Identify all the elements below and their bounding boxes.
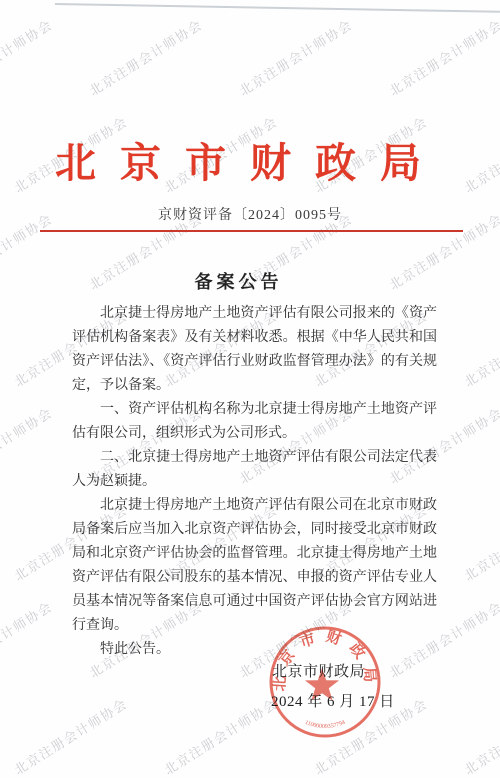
watermark-text: 北京注册会计师协会 xyxy=(385,14,500,99)
watermark-text: 北京注册会计师协会 xyxy=(10,693,131,778)
announcement-body: 北京捷士得房地产土地资产评估有限公司报来的《资产评估机构备案表》及有关材料收悉。… xyxy=(72,302,437,662)
watermark-text: 北京注册会计师协会 xyxy=(0,14,56,99)
announcement-title: 备案公告 xyxy=(56,268,421,294)
watermark-text: 北京注册会计师协会 xyxy=(0,596,56,681)
watermark-text: 北京注册会计师协会 xyxy=(310,0,431,3)
watermark-text: 北京注册会计师协会 xyxy=(460,499,500,584)
watermark-text: 北京注册会计师协会 xyxy=(460,305,500,390)
watermark-text: 北京注册会计师协会 xyxy=(460,693,500,778)
seal-serial-number: 11000009357794 xyxy=(304,720,346,730)
paragraph-item-two: 二、北京捷士得房地产土地资产评估有限公司法定代表人为赵颖捷。 xyxy=(72,446,437,494)
watermark-text: 北京注册会计师协会 xyxy=(10,0,131,3)
letterhead-divider-line xyxy=(40,230,463,232)
official-seal: 北京市财政局 11000009357794 xyxy=(252,609,398,755)
agency-letterhead-title: 北京市财政局 xyxy=(0,130,500,189)
paragraph-item-one: 一、资产评估机构名称为北京捷士得房地产土地资产评估有限公司，组织形式为公司形式。 xyxy=(72,398,437,446)
svg-text:11000009357794: 11000009357794 xyxy=(304,720,346,730)
watermark-text: 北京注册会计师协会 xyxy=(235,14,356,99)
watermark-text: 北京注册会计师协会 xyxy=(460,0,500,3)
document-reference-number: 京财资评备〔2024〕0095号 xyxy=(0,204,500,224)
watermark-text: 北京注册会计师协会 xyxy=(85,14,206,99)
watermark-text: 北京注册会计师协会 xyxy=(0,402,56,487)
scan-edge-artifact xyxy=(55,3,500,13)
watermark-text: 北京注册会计师协会 xyxy=(160,0,281,3)
scanned-document-page: 北京注册会计师协会北京注册会计师协会北京注册会计师协会北京注册会计师协会北京注册… xyxy=(0,0,500,778)
seal-star-icon xyxy=(305,668,339,701)
paragraph-intro: 北京捷士得房地产土地资产评估有限公司报来的《资产评估机构备案表》及有关材料收悉。… xyxy=(72,302,437,398)
